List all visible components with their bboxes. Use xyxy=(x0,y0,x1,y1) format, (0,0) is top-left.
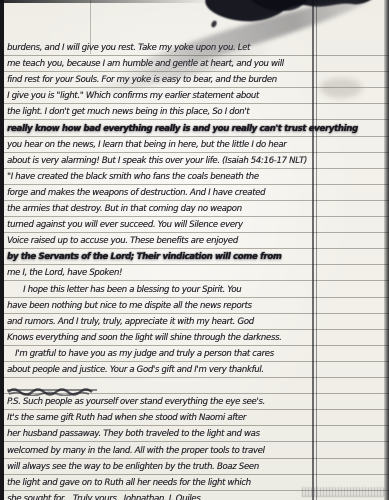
letter-line: the light. I don't get much news being i… xyxy=(7,106,249,119)
letter-line: me teach you, because I am humble and ge… xyxy=(7,58,284,71)
ink-blot xyxy=(192,0,389,40)
ruled-line xyxy=(4,329,389,330)
letter-line: and rumors. And I truly, truly, apprecia… xyxy=(7,316,254,329)
letter-line: Knows everything and soon the light will… xyxy=(7,332,281,345)
letter-line: really know how bad everything really is… xyxy=(7,123,358,136)
faint-corner-stamp xyxy=(302,487,384,497)
letter-line: by the Servants of the Lord; Their vindi… xyxy=(7,251,281,264)
scan-edge-right xyxy=(384,0,389,500)
ruled-line xyxy=(4,297,389,298)
ruled-line xyxy=(4,103,389,104)
letter-line: her husband passaway. They both traveled… xyxy=(7,428,260,441)
letter-line: burdens, and I will give you rest. Take … xyxy=(7,42,250,55)
scan-edge-top xyxy=(0,0,210,3)
ruled-line xyxy=(4,168,389,169)
scan-edge-left xyxy=(0,0,4,500)
letter-line: Voice raised up to accuse you. These ben… xyxy=(7,235,238,248)
letter-line: she sought for. Truly yours Johnathan. J… xyxy=(7,493,200,500)
ruled-line xyxy=(4,216,389,217)
letter-line: I hope this letter has been a blessing t… xyxy=(7,284,241,297)
letter-line: about is very alarming! But I speak this… xyxy=(7,155,307,168)
ruled-line xyxy=(4,345,389,346)
scratched-out-word xyxy=(6,381,100,392)
ruled-line xyxy=(4,441,389,442)
ruled-line xyxy=(4,409,389,410)
ruled-line xyxy=(4,264,389,265)
letter-line: the light and gave on to Ruth all her ne… xyxy=(7,477,251,490)
ruled-line xyxy=(4,152,389,153)
ruled-line xyxy=(4,71,389,72)
ruled-line xyxy=(4,280,389,281)
letter-line: "I have created the black smith who fans… xyxy=(7,171,259,184)
ruled-line xyxy=(4,248,389,249)
letter-line: find rest for your Souls. For my yoke is… xyxy=(7,74,277,87)
letter-line: you hear on the news, I learn that being… xyxy=(7,139,286,152)
ruled-line xyxy=(4,425,389,426)
letter-line: will always see the way to be enlighten … xyxy=(7,461,259,474)
letter-line: have been nothing but nice to me dispite… xyxy=(7,300,252,313)
letter-line: I'm gratful to have you as my judge and … xyxy=(7,348,274,361)
margin-smudge xyxy=(320,78,362,98)
letter-line: turned against you will ever succeed. Yo… xyxy=(7,219,243,232)
ruled-line xyxy=(4,184,389,185)
letter-line: me I, the Lord, have Spoken! xyxy=(7,267,122,280)
ruled-line xyxy=(4,136,389,137)
ruled-line xyxy=(4,458,389,459)
margin-line xyxy=(312,0,317,500)
ruled-line xyxy=(4,232,389,233)
ruled-line xyxy=(4,313,389,314)
letter-line: welcomed by many in the land. All with t… xyxy=(7,445,265,458)
letter-line: about people and justice. Your a God's g… xyxy=(7,364,264,377)
ruled-line xyxy=(4,361,389,362)
ruled-line xyxy=(4,377,389,378)
letter-line: forge and makes the weapons of destructi… xyxy=(7,187,265,200)
ruled-line xyxy=(4,474,389,475)
ruled-line xyxy=(4,119,389,120)
letter-line: the armies that destroy. But in that com… xyxy=(7,203,242,216)
letter-line: It's the same gift Ruth had when she sto… xyxy=(7,412,246,425)
letter-line: P.S. Such people as yourself over stand … xyxy=(7,396,265,409)
ruled-line xyxy=(4,200,389,201)
letter-page: burdens, and I will give you rest. Take … xyxy=(0,0,389,500)
ruled-line xyxy=(4,55,389,56)
letter-line: I give you is "light." Which confirms my… xyxy=(7,90,259,103)
